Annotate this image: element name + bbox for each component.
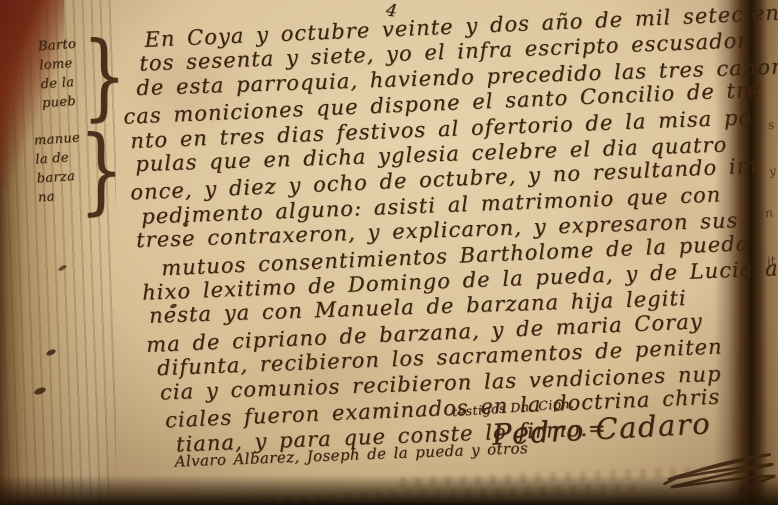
margin-note-line: manue — [33, 128, 80, 150]
margin-note-line: na — [37, 185, 84, 207]
margin-note-line: pueb — [41, 92, 80, 114]
entry-text-block: En Coya y octubre veinte y dos año de mi… — [104, 2, 778, 473]
manuscript-photo: 4 Barto lome de la pueb } manue la de ba… — [0, 0, 778, 505]
margin-note-bride: manue la de barza na — [33, 128, 84, 207]
bottom-photo-shadow — [0, 475, 778, 505]
margin-note-groom: Barto lome de la pueb — [37, 35, 80, 113]
ink-dot — [183, 222, 188, 227]
